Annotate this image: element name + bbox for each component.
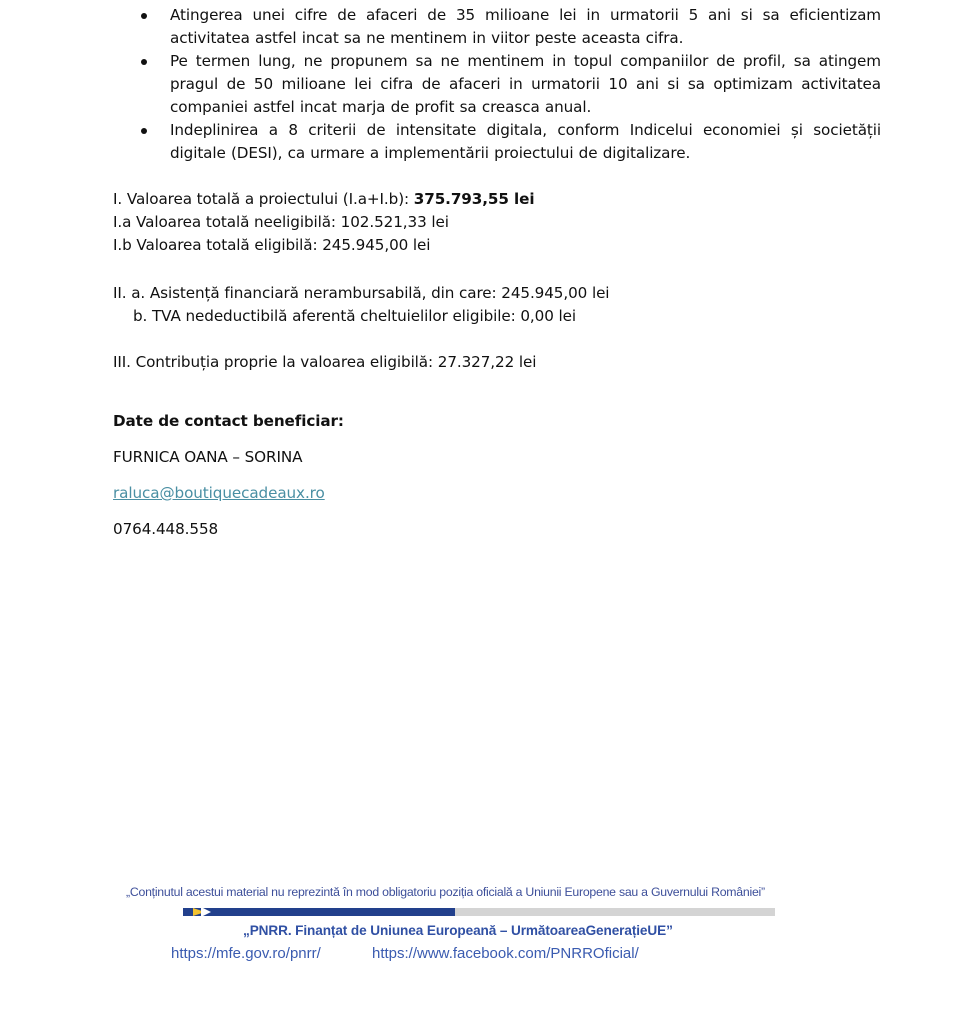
contact-name: FURNICA OANA – SORINA bbox=[113, 446, 302, 468]
mfe-link[interactable]: https://mfe.gov.ro/pnrr/ bbox=[171, 945, 321, 962]
footer-slogan: „PNRR. Finanțat de Uniunea Europeană – U… bbox=[243, 923, 673, 938]
vat-line: b. TVA nedeductibilă aferentă cheltuieli… bbox=[133, 305, 576, 327]
bullet-icon bbox=[141, 59, 147, 65]
footer-decorative-bar bbox=[183, 908, 775, 916]
contact-heading: Date de contact beneficiar: bbox=[113, 410, 344, 432]
total-value-amount: 375.793,55 lei bbox=[414, 190, 535, 208]
objective-text: Atingerea unei cifre de afaceri de 35 mi… bbox=[170, 6, 881, 47]
total-value-line: I. Valoarea totală a proiectului (I.a+I.… bbox=[113, 188, 534, 210]
contact-phone: 0764.448.558 bbox=[113, 518, 218, 540]
objective-item: Pe termen lung, ne propunem sa ne mentin… bbox=[113, 50, 881, 119]
bar-fill bbox=[183, 908, 455, 916]
own-contribution-line: III. Contribuția proprie la valoarea eli… bbox=[113, 351, 536, 373]
facebook-link[interactable]: https://www.facebook.com/PNRROficial/ bbox=[372, 945, 639, 962]
nonrefundable-aid-line: II. a. Asistență financiară nerambursabi… bbox=[113, 282, 609, 304]
bullet-icon bbox=[141, 128, 147, 134]
objective-text: Indeplinirea a 8 criterii de intensitate… bbox=[170, 121, 881, 162]
objectives-list: Atingerea unei cifre de afaceri de 35 mi… bbox=[113, 4, 881, 165]
footer: „Conținutul acestui material nu reprezin… bbox=[0, 880, 965, 980]
arrow-icon bbox=[183, 907, 213, 917]
objective-item: Atingerea unei cifre de afaceri de 35 mi… bbox=[113, 4, 881, 50]
bullet-icon bbox=[141, 13, 147, 19]
contact-email-link[interactable]: raluca@boutiquecadeaux.ro bbox=[113, 482, 325, 504]
total-value-label: I. Valoarea totală a proiectului (I.a+I.… bbox=[113, 190, 414, 208]
eligible-value-line: I.b Valoarea totală eligibilă: 245.945,0… bbox=[113, 234, 430, 256]
objective-item: Indeplinirea a 8 criterii de intensitate… bbox=[113, 119, 881, 165]
document-page: Atingerea unei cifre de afaceri de 35 mi… bbox=[0, 0, 965, 1024]
footer-disclaimer: „Conținutul acestui material nu reprezin… bbox=[126, 885, 765, 899]
objective-text: Pe termen lung, ne propunem sa ne mentin… bbox=[170, 52, 881, 116]
ineligible-value-line: I.a Valoarea totală neeligibilă: 102.521… bbox=[113, 211, 449, 233]
